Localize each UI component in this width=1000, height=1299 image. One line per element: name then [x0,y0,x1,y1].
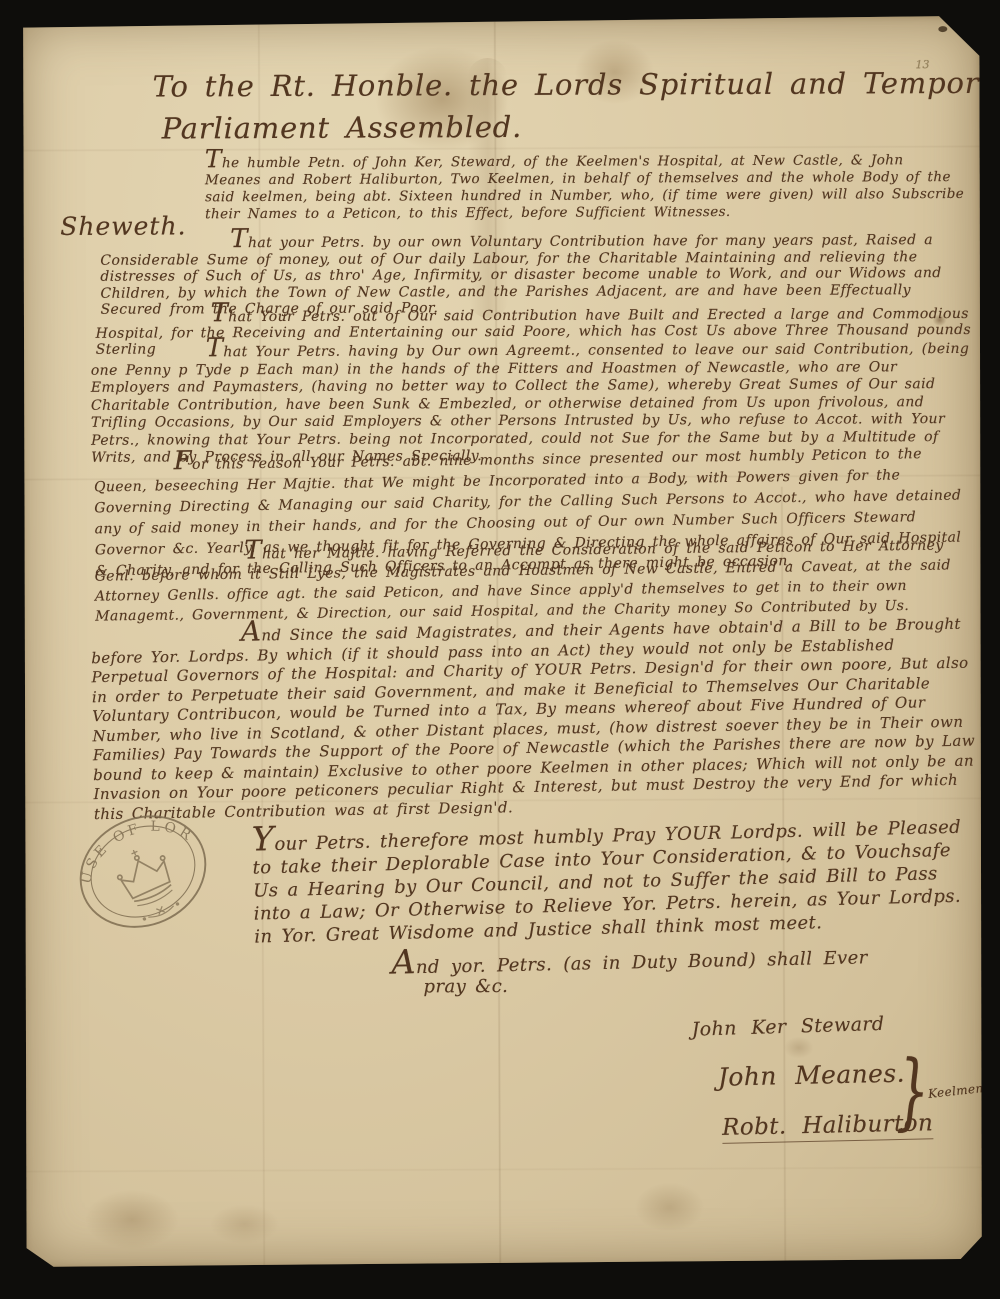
manuscript-page: 13 To the Rt. Honble. the Lords Spiritua… [19,16,984,1268]
manuscript-photo: { "document": { "heading_line1": "To the… [0,0,1000,1299]
stain [84,1189,179,1249]
stain [209,1204,279,1244]
heading-line-1: To the Rt. Honble. the Lords Spiritual a… [152,65,1000,103]
closing-line-2: pray &c. [423,976,508,997]
heading-line-2: Parliament Assembled. [162,110,523,146]
fold-line-horizontal-4 [24,1166,984,1173]
crown-icon [110,840,179,912]
stain [784,1037,814,1059]
signature-group-label: Keelmen [927,1081,984,1101]
signature-john-ker: John Ker Steward [691,1013,884,1041]
petition-preamble: The humble Petn. of John Ker, Steward, o… [205,149,967,223]
stain [634,1182,704,1232]
prayer-paragraph: Your Petrs. therefore most humbly Pray Y… [252,811,971,948]
paragraph-bill-objection: And Since the said Magistrates, and thei… [91,612,979,825]
ink-spot [938,26,947,32]
signature-john-meanes: John Meanes. [718,1059,906,1092]
closing-line-1: And yor. Petrs. (as in Duty Bound) shall… [391,942,868,978]
signature-brace: } [896,1044,930,1140]
